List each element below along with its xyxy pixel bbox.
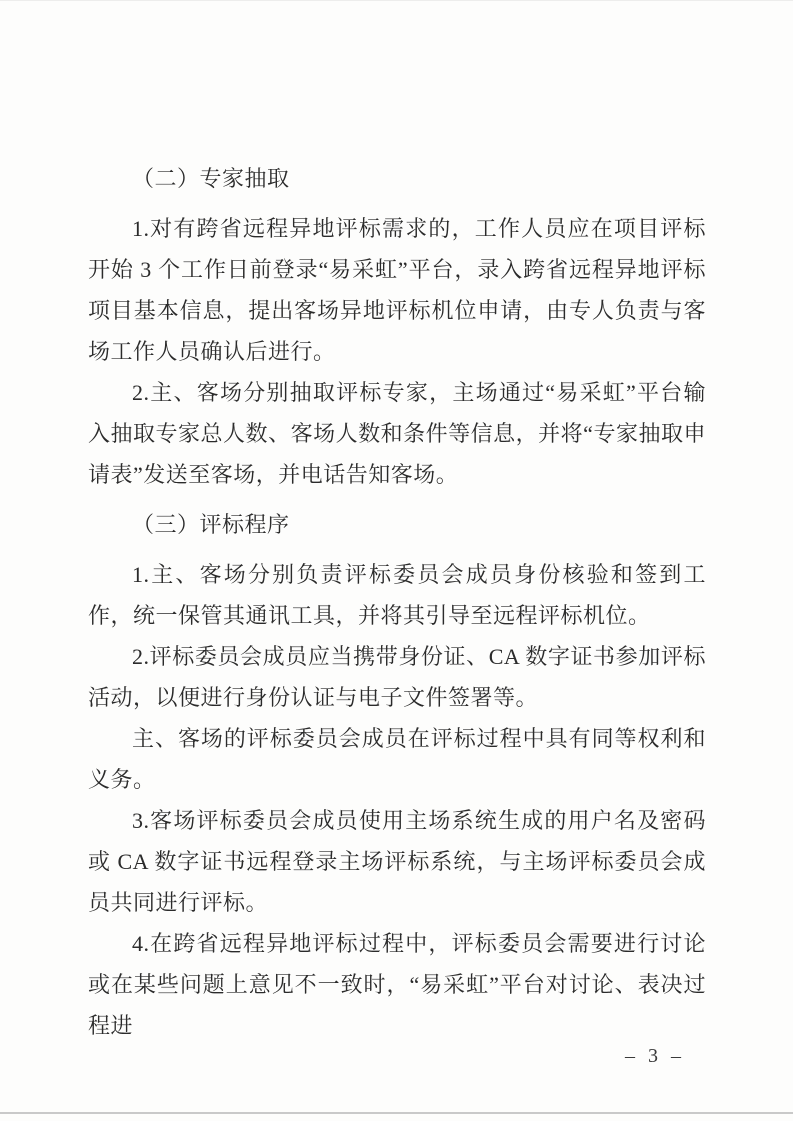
paragraph: 4.在跨省远程异地评标过程中，评标委员会需要进行讨论或在某些问题上意见不一致时，… — [88, 923, 706, 1046]
paragraph: 2.主、客场分别抽取评标专家，主场通过“易采虹”平台输入抽取专家总人数、客场人数… — [88, 372, 706, 495]
document-body: （二）专家抽取 1.对有跨省远程异地评标需求的，工作人员应在项目评标开始 3 个… — [88, 149, 706, 1046]
scan-edge-line — [0, 1112, 793, 1114]
paragraph: 1.主、客场分别负责评标委员会成员身份核验和签到工作，统一保管其通讯工具，并将其… — [88, 554, 706, 636]
paragraph: 1.对有跨省远程异地评标需求的，工作人员应在项目评标开始 3 个工作日前登录“易… — [88, 208, 706, 372]
paragraph: 3.客场评标委员会成员使用主场系统生成的用户名及密码或 CA 数字证书远程登录主… — [88, 800, 706, 923]
page-number: – 3 – — [625, 1045, 685, 1068]
paragraph: 主、客场的评标委员会成员在评标过程中具有同等权利和义务。 — [88, 718, 706, 800]
section-heading-expert-selection: （二）专家抽取 — [88, 158, 706, 199]
paragraph: 2.评标委员会成员应当携带身份证、CA 数字证书参加评标活动，以便进行身份认证与… — [88, 636, 706, 718]
section-heading-evaluation-procedure: （三）评标程序 — [88, 504, 706, 545]
scanned-document-page: （二）专家抽取 1.对有跨省远程异地评标需求的，工作人员应在项目评标开始 3 个… — [0, 0, 793, 1121]
